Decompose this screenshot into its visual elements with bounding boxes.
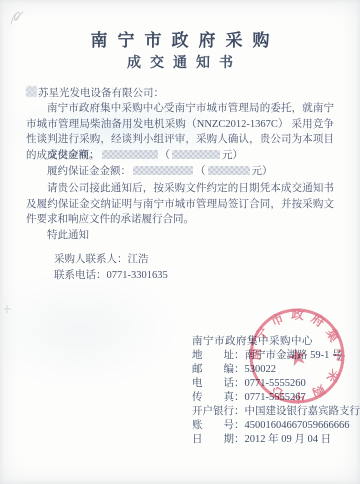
redacted-amount-words (172, 150, 220, 159)
issuer-account-line: 账 号：45001604667059666666 (192, 419, 360, 433)
redacted-amount (102, 150, 158, 159)
redacted-deposit-words (208, 166, 250, 175)
salutation-line: 苏星光发电设备有限公司： (26, 86, 334, 102)
contact-block: 采购人联系人：江浩 联系电话：0771-3301635 (54, 252, 168, 283)
deposit-label: 履约保证金金额： (47, 166, 131, 177)
contact-person-line: 采购人联系人：江浩 (54, 252, 168, 268)
contact-person-name: 江浩 (128, 254, 149, 265)
contact-phone-number: 0771-3301635 (107, 270, 168, 281)
contact-person-label: 采购人联系人： (54, 254, 128, 265)
redacted-deposit (133, 166, 193, 175)
notice-line: 特此通知 (26, 228, 355, 244)
issuer-phone-line: 电 话：0771-5555260 (192, 377, 360, 391)
paragraph-contract-instructions: 请贵公司接此通知后，按采购文件约定的日期凭本成交通知书及履约保证金交纳证明与南宁… (26, 181, 334, 228)
scan-edge-artifact (3, 304, 12, 314)
contact-phone-label: 联系电话： (54, 270, 107, 281)
amount-unit: 元） (252, 166, 273, 177)
issuer-date-line: 日 期：2012 年 09 月 04 日 (192, 433, 360, 447)
redacted-character (26, 86, 37, 97)
deal-amount-label: 成交金额： (47, 150, 100, 161)
issuer-postcode-line: 邮 编：530022 (192, 363, 360, 377)
salutation-text: 苏星光发电设备有限公司： (38, 88, 164, 99)
document-title: 南宁市政府采购 (0, 26, 360, 51)
issuer-address-line: 地 址：南宁市金湖路 59-1 号 (192, 349, 360, 363)
paren-open: （ (160, 150, 171, 161)
contact-phone-line: 联系电话：0771-3301635 (54, 268, 168, 284)
issuer-fax-line: 传 真：0771-5555267 (192, 391, 360, 405)
issuer-name: 南宁市政府集中采购中心 (192, 335, 360, 349)
scanned-document-page: 南宁市政府采购 成交通知书 苏星光发电设备有限公司： 南宁市政府集中采购中心受南… (0, 0, 360, 484)
paren-open: （ (195, 166, 206, 177)
deal-amount-line: 成交金额：（元） (26, 148, 355, 164)
issuer-info-block: 南宁市政府集中采购中心 地 址：南宁市金湖路 59-1 号 邮 编：530022… (192, 335, 360, 447)
document-subtitle: 成交通知书 (0, 52, 360, 72)
issuer-bank-line: 开户银行：中国建设银行嘉宾路支行 (192, 405, 360, 419)
amount-unit: 元） (222, 150, 243, 161)
scan-tint-artifact (0, 270, 180, 390)
deposit-amount-line: 履约保证金金额：（元） (26, 164, 355, 180)
